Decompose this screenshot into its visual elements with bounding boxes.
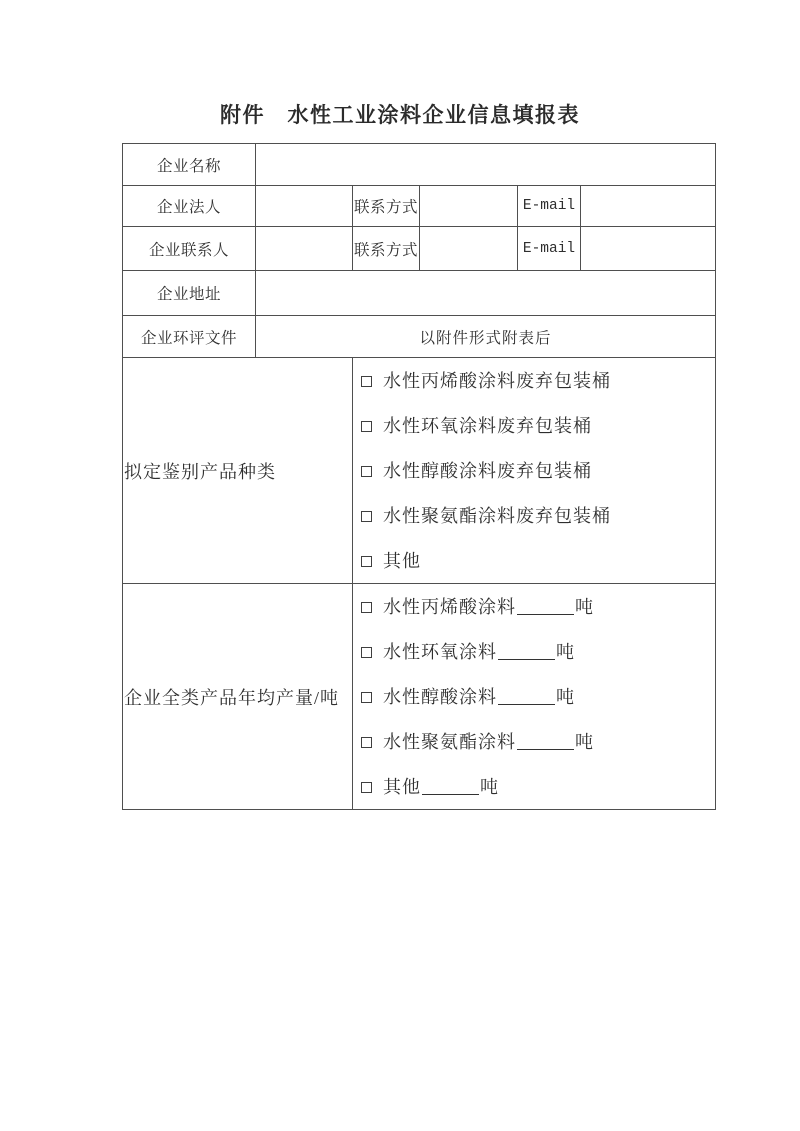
checkbox-option[interactable]: 其他 吨 bbox=[361, 778, 709, 797]
option-prefix: 水性环氧涂料 bbox=[383, 643, 497, 662]
product-types-options-cell: 水性丙烯酸涂料废弃包装桶 水性环氧涂料废弃包装桶 水性醇酸涂料废弃包装桶 bbox=[353, 358, 716, 584]
checkbox-icon[interactable] bbox=[361, 376, 372, 387]
legal-person-email-input-cell[interactable] bbox=[581, 186, 716, 227]
annual-output-options-cell: 水性丙烯酸涂料 吨 水性环氧涂料 吨 水性醇酸涂料 bbox=[353, 584, 716, 810]
contact-person-label: 企业联系人 bbox=[123, 227, 256, 271]
checkbox-icon[interactable] bbox=[361, 692, 372, 703]
product-types-option-list: 水性丙烯酸涂料废弃包装桶 水性环氧涂料废弃包装桶 水性醇酸涂料废弃包装桶 bbox=[361, 372, 709, 571]
row-address: 企业地址 bbox=[123, 271, 716, 316]
checkbox-icon[interactable] bbox=[361, 466, 372, 477]
contact-person-contact-label: 联系方式 bbox=[353, 227, 420, 271]
eia-document-label: 企业环评文件 bbox=[123, 316, 256, 358]
row-annual-output: 企业全类产品年均产量/吨 水性丙烯酸涂料 吨 水性环氧涂料 bbox=[123, 584, 716, 810]
legal-person-label: 企业法人 bbox=[123, 186, 256, 227]
checkbox-option[interactable]: 水性环氧涂料废弃包装桶 bbox=[361, 417, 709, 436]
company-name-label: 企业名称 bbox=[123, 144, 256, 186]
document-page: 附件 水性工业涂料企业信息填报表 企业名称 企业法人 联系方式 E-mail 企… bbox=[0, 0, 800, 1131]
legal-person-contact-label: 联系方式 bbox=[353, 186, 420, 227]
contact-person-contact-input-cell[interactable] bbox=[420, 227, 518, 271]
row-product-types: 拟定鉴别产品种类 水性丙烯酸涂料废弃包装桶 水性环氧涂料废弃包装桶 bbox=[123, 358, 716, 584]
legal-person-email-label: E-mail bbox=[518, 186, 581, 227]
checkbox-option-label: 水性丙烯酸涂料废弃包装桶 bbox=[383, 372, 611, 391]
checkbox-option[interactable]: 水性聚氨酯涂料废弃包装桶 bbox=[361, 507, 709, 526]
checkbox-option[interactable]: 水性丙烯酸涂料废弃包装桶 bbox=[361, 372, 709, 391]
annual-output-label: 企业全类产品年均产量/吨 bbox=[123, 584, 353, 810]
row-eia-document: 企业环评文件 以附件形式附表后 bbox=[123, 316, 716, 358]
checkbox-option-label: 其他 bbox=[383, 552, 421, 571]
fill-in-blank[interactable] bbox=[517, 749, 574, 750]
option-suffix: 吨 bbox=[556, 688, 575, 707]
eia-document-value: 以附件形式附表后 bbox=[256, 316, 716, 358]
checkbox-option-label: 水性环氧涂料废弃包装桶 bbox=[383, 417, 592, 436]
row-contact-person: 企业联系人 联系方式 E-mail bbox=[123, 227, 716, 271]
fill-in-blank[interactable] bbox=[517, 614, 574, 615]
checkbox-icon[interactable] bbox=[361, 556, 372, 567]
address-input-cell[interactable] bbox=[256, 271, 716, 316]
option-prefix: 水性丙烯酸涂料 bbox=[383, 598, 516, 617]
company-name-input-cell[interactable] bbox=[256, 144, 716, 186]
option-suffix: 吨 bbox=[575, 733, 594, 752]
fill-in-blank[interactable] bbox=[498, 704, 555, 705]
option-prefix: 其他 bbox=[383, 778, 421, 797]
fill-in-blank[interactable] bbox=[498, 659, 555, 660]
option-suffix: 吨 bbox=[575, 598, 594, 617]
row-legal-person: 企业法人 联系方式 E-mail bbox=[123, 186, 716, 227]
contact-person-input-cell[interactable] bbox=[256, 227, 353, 271]
checkbox-icon[interactable] bbox=[361, 602, 372, 613]
option-suffix: 吨 bbox=[480, 778, 499, 797]
checkbox-option[interactable]: 其他 bbox=[361, 552, 709, 571]
option-suffix: 吨 bbox=[556, 643, 575, 662]
checkbox-option[interactable]: 水性环氧涂料 吨 bbox=[361, 643, 709, 662]
checkbox-option[interactable]: 水性丙烯酸涂料 吨 bbox=[361, 598, 709, 617]
contact-person-email-input-cell[interactable] bbox=[581, 227, 716, 271]
product-types-label: 拟定鉴别产品种类 bbox=[123, 358, 353, 584]
checkbox-icon[interactable] bbox=[361, 421, 372, 432]
option-prefix: 水性醇酸涂料 bbox=[383, 688, 497, 707]
option-prefix: 水性聚氨酯涂料 bbox=[383, 733, 516, 752]
checkbox-icon[interactable] bbox=[361, 782, 372, 793]
checkbox-option-label: 水性醇酸涂料废弃包装桶 bbox=[383, 462, 592, 481]
annual-output-option-list: 水性丙烯酸涂料 吨 水性环氧涂料 吨 水性醇酸涂料 bbox=[361, 598, 709, 797]
checkbox-option[interactable]: 水性醇酸涂料 吨 bbox=[361, 688, 709, 707]
address-label: 企业地址 bbox=[123, 271, 256, 316]
checkbox-option[interactable]: 水性聚氨酯涂料 吨 bbox=[361, 733, 709, 752]
legal-person-input-cell[interactable] bbox=[256, 186, 353, 227]
page-title: 附件 水性工业涂料企业信息填报表 bbox=[0, 0, 800, 129]
enterprise-info-form-table: 企业名称 企业法人 联系方式 E-mail 企业联系人 联系方式 E-mail bbox=[122, 143, 716, 810]
checkbox-option-label: 水性聚氨酯涂料废弃包装桶 bbox=[383, 507, 611, 526]
checkbox-icon[interactable] bbox=[361, 737, 372, 748]
fill-in-blank[interactable] bbox=[422, 794, 479, 795]
checkbox-icon[interactable] bbox=[361, 511, 372, 522]
contact-person-email-label: E-mail bbox=[518, 227, 581, 271]
legal-person-contact-input-cell[interactable] bbox=[420, 186, 518, 227]
checkbox-icon[interactable] bbox=[361, 647, 372, 658]
checkbox-option[interactable]: 水性醇酸涂料废弃包装桶 bbox=[361, 462, 709, 481]
row-company-name: 企业名称 bbox=[123, 144, 716, 186]
